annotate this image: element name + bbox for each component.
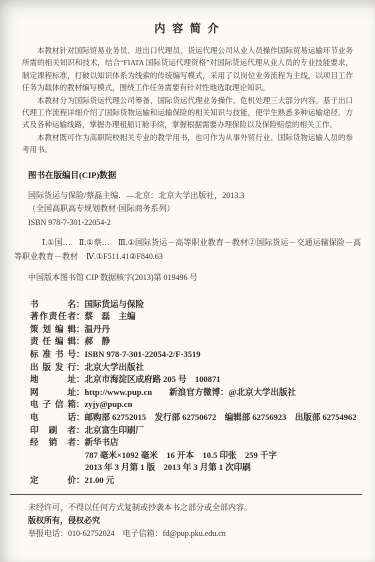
colophon-value: 北京富生印刷厂 [85,424,145,437]
colophon-label: 网址 [30,386,76,399]
colophon-row-distributor: 经销者：新华书店 [30,436,361,449]
colophon-label: 责任编辑 [30,335,76,348]
intro-paragraph-3: 本教材既可作为高职院校相关专业的教学用书，也可作为从事外贸行业、国际货物运输人员… [22,132,353,157]
colophon-row-responsible-editor: 责任编辑：郝 静 [30,335,361,348]
copyright-line-no-reproduction: 未经许可，不得以任何方式复制或抄袭本书之部分或全部内容。 [28,501,361,514]
colophon-value: 郝 静 [85,335,111,348]
colophon-row-format-spec: 787 毫米×1092 毫米 16 开本 10.5 印张 259 千字 [30,449,361,462]
colophon-block: 书名：国际货运与保险 著作责任者：蔡 磊 主编 策划编辑：温丹丹 责任编辑：郝 … [30,298,361,487]
colophon-value: 蔡 磊 主编 [85,310,136,323]
colophon-value: 邮购部 62752015 发行部 62750672 编辑部 62756923 出… [85,411,357,424]
intro-paragraph-1: 本教材针对国际贸易业务员、进出口代理员、货运代理公司从业人员操作国际贸易运输环节… [22,45,353,95]
colophon-colon: ： [76,474,85,487]
book-copyright-page: 内 容 简 介 本教材针对国际贸易业务员、进出口代理员、货运代理公司从业人员操作… [0,0,375,562]
colophon-value: http://www.pup.cn 新浪官方微博：@北京大学出版社 [85,386,296,399]
colophon-row-standard-isbn: 标准书号：ISBN 978-7-301-22054-2/F·3519 [30,348,361,361]
colophon-row-address: 地址：北京市海淀区成府路 205 号 100871 [30,373,361,386]
colophon-colon: ： [76,386,85,399]
colophon-colon: ： [76,398,85,411]
colophon-value: 787 毫米×1092 毫米 16 开本 10.5 印张 259 千字 [30,449,277,462]
colophon-colon: ： [76,361,85,374]
colophon-colon: ： [76,310,85,323]
colophon-label: 标准书号 [30,348,76,361]
colophon-label: 出版发行 [30,361,76,374]
colophon-label: 印刷者 [30,424,76,437]
colophon-label: 地址 [30,373,76,386]
colophon-value: zyjy@pup.cn [85,398,133,411]
colophon-row-edition-spec: 2013 年 3 月第 1 版 2013 年 3 月第 1 次印刷 [30,461,361,474]
cip-classification-line: Ⅰ.①国… Ⅱ.①蔡… Ⅲ.①国际货运－高等职业教育－教材②国际货运－交通运输保… [14,236,361,263]
cip-isbn-line: ISBN 978-7-301-22054-2 [28,216,361,230]
intro-title: 内 容 简 介 [14,20,361,36]
colophon-value: 北京市海淀区成府路 205 号 100871 [85,373,221,386]
colophon-label: 经销者 [30,436,76,449]
colophon-row-email: 电子信箱：zyjy@pup.cn [30,398,361,411]
colophon-value: 北京大学出版社 [85,361,145,374]
cip-title-line: 国际货运与保险/蔡磊主编．—北京：北京大学出版社，2013.3 [28,189,361,203]
colophon-value: 2013 年 3 月第 1 版 2013 年 3 月第 1 次印刷 [30,461,251,474]
colophon-label: 著作责任者 [30,310,76,323]
cip-series-line: （全国高职高专规划教材·国际商务系列） [28,202,361,216]
copyright-line-report-contact: 举报电话：010-62752024 电子信箱：fd@pup.pku.edu.cn [28,527,361,540]
colophon-label: 策划编辑 [30,323,76,336]
colophon-row-planning-editor: 策划编辑：温丹丹 [30,323,361,336]
colophon-row-price: 定价：21.00 元 [30,474,361,487]
colophon-colon: ： [76,323,85,336]
colophon-value: 新华书店 [85,436,119,449]
colophon-value: 国际货运与保险 [85,298,145,311]
copyright-notice-block: 未经许可，不得以任何方式复制或抄袭本书之部分或全部内容。 版权所有，侵权必究 举… [28,501,361,540]
colophon-colon: ： [76,298,85,311]
colophon-colon: ： [76,335,85,348]
colophon-row-website: 网址：http://www.pup.cn 新浪官方微博：@北京大学出版社 [30,386,361,399]
colophon-colon: ： [76,411,85,424]
colophon-colon: ： [76,348,85,361]
colophon-row-author: 著作责任者：蔡 磊 主编 [30,310,361,323]
colophon-colon: ： [76,424,85,437]
colophon-label: 电话 [30,411,76,424]
colophon-label: 定价 [30,474,76,487]
colophon-value: 温丹丹 [85,323,111,336]
colophon-value: ISBN 978-7-301-22054-2/F·3519 [85,348,201,361]
colophon-colon: ： [76,436,85,449]
cip-header: 图书在版编目(CIP)数据 [28,169,361,181]
copyright-line-all-rights-reserved: 版权所有，侵权必究 [28,514,361,527]
colophon-colon: ： [76,373,85,386]
colophon-value: 21.00 元 [85,474,115,487]
colophon-row-printer: 印刷者：北京富生印刷厂 [30,424,361,437]
divider-rule [10,494,362,495]
colophon-row-publisher: 出版发行：北京大学出版社 [30,361,361,374]
colophon-label: 书名 [30,298,76,311]
colophon-row-telephone: 电话：邮购部 62752015 发行部 62750672 编辑部 6275692… [30,411,361,424]
colophon-row-book-title: 书名：国际货运与保险 [30,298,361,311]
intro-paragraph-2: 本教材分为国际货运代理公司筹备、国际货运代理业务操作、危机处理三大部分内容。基于… [22,95,353,132]
cip-record-number-line: 中国版本图书馆 CIP 数据核字(2013)第 019496 号 [28,271,361,285]
colophon-label: 电子信箱 [30,398,76,411]
